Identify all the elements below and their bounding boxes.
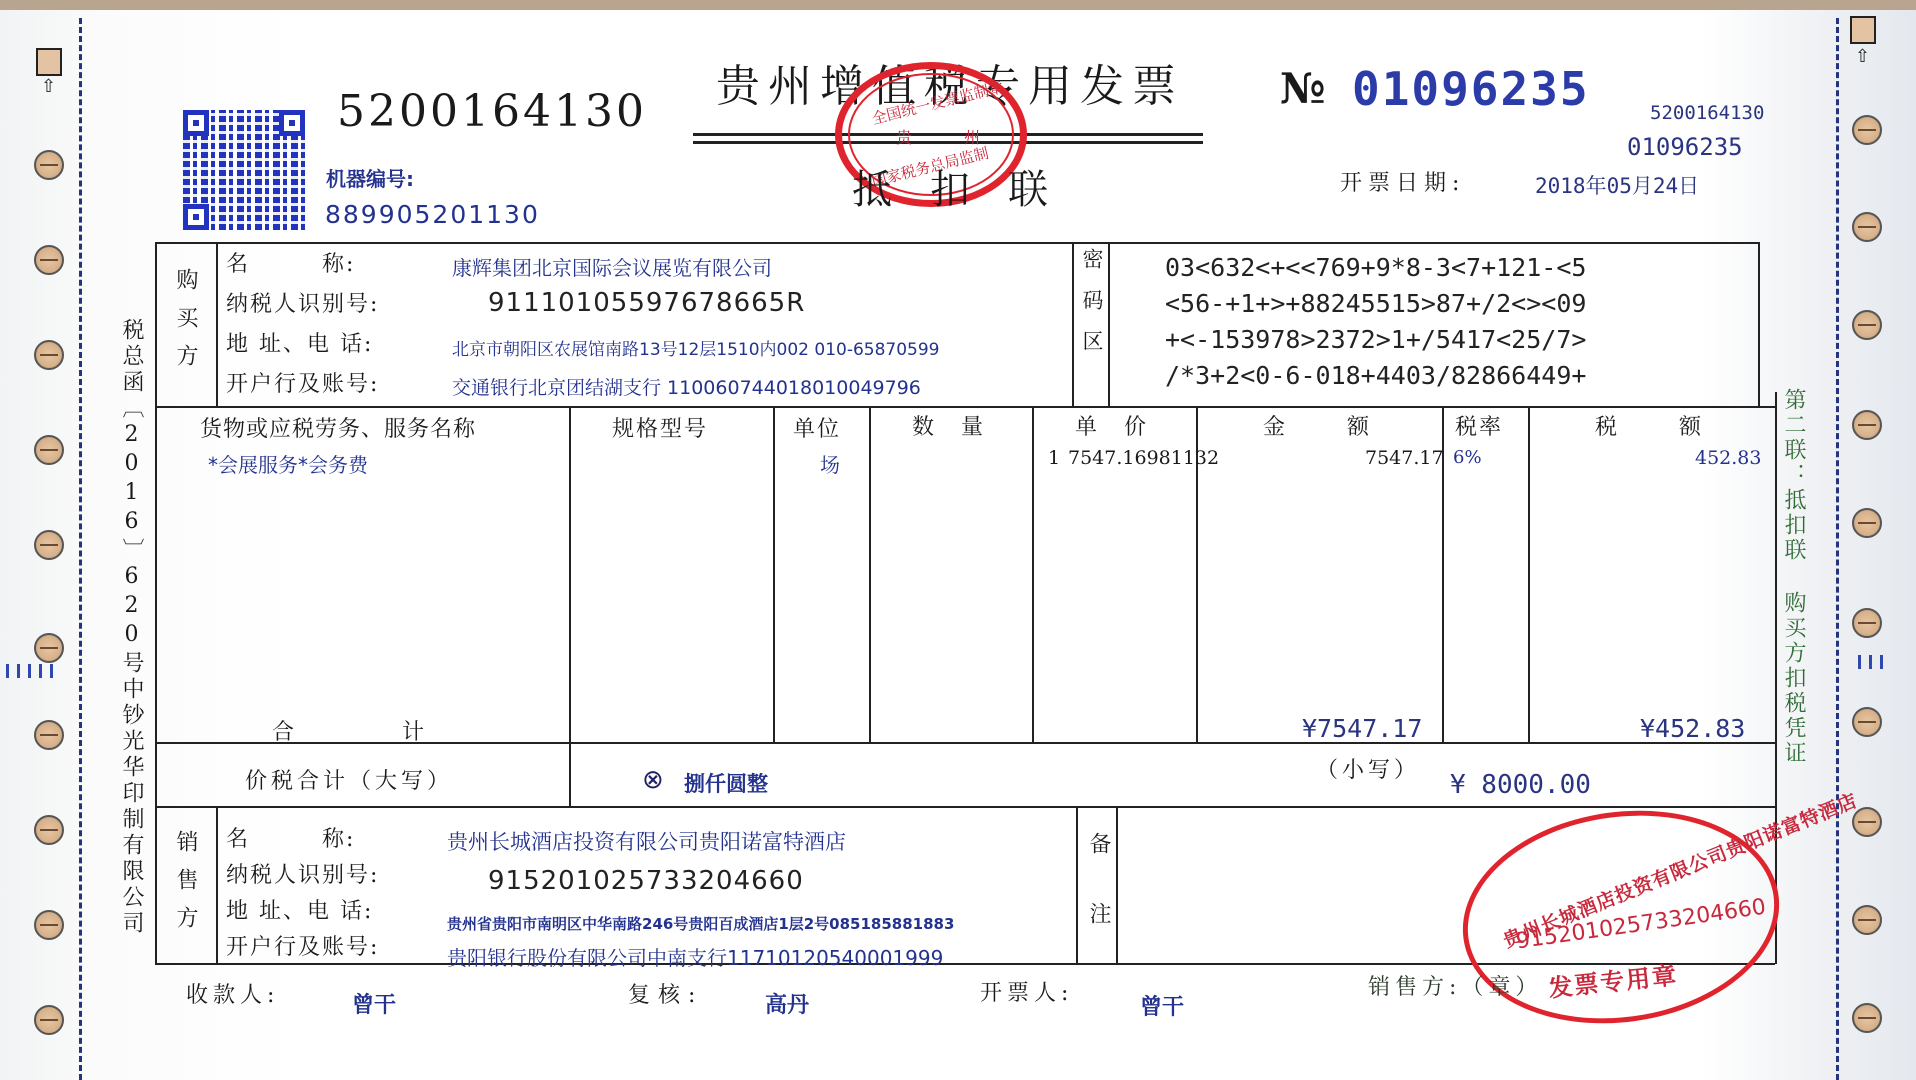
right-tear-line <box>1836 18 1839 1080</box>
col-divider-tax <box>1528 406 1530 742</box>
buyer-section-label: 购买方 <box>170 268 201 382</box>
buyer-name-label: 名 称: <box>226 247 355 278</box>
col-divider-unit <box>773 406 775 742</box>
grand-total-words: 捌仟圆整 <box>684 768 768 798</box>
cipher-label-divider <box>1108 242 1110 407</box>
item-amount: 7547.17 <box>1365 447 1444 469</box>
cipher-section-label: 密码区 <box>1077 248 1107 371</box>
remarks-label-divider <box>1116 806 1118 964</box>
seller-seal-label: 销售方:（章） <box>1368 970 1542 1001</box>
sprocket-hole-icon <box>1852 212 1882 242</box>
cipher-line: +<-153978>2372>1+/5417<25/7> <box>1165 322 1586 358</box>
item-name: *会展服务*会务费 <box>208 449 368 478</box>
invoice-number-small: 01096235 <box>1627 133 1743 161</box>
sprocket-hole-icon <box>1852 608 1882 638</box>
feed-marker-icon <box>1850 16 1876 44</box>
frame-left-border <box>155 242 157 965</box>
remarks-left-divider <box>1076 806 1078 964</box>
buyer-bottom-border <box>155 406 1775 408</box>
seller-tax-id: 915201025733204660 <box>488 866 804 896</box>
copy-label: 抵扣联 <box>852 158 1086 215</box>
col-header-qty: 数 量 <box>912 410 993 441</box>
sprocket-hole-icon <box>34 910 64 940</box>
invoice-code: 5200164130 <box>337 86 647 137</box>
item-tax: 452.83 <box>1695 447 1761 469</box>
buyer-bank-account: 交通银行北京团结湖支行 110060744018010049796 <box>452 373 921 400</box>
circled-x-icon: ⊗ <box>642 765 664 795</box>
machine-no: 889905201130 <box>325 200 540 229</box>
col-header-name: 货物或应税劳务、服务名称 <box>200 412 476 443</box>
buyer-bank-label: 开户行及账号: <box>226 367 379 398</box>
qr-finder <box>183 110 209 136</box>
grand-total-small-label: （小写） <box>1316 753 1420 784</box>
grand-total-label: 价税合计（大写） <box>245 764 453 795</box>
cipher-line: <56-+1+>+88245515>87+/2<><09 <box>1165 286 1586 322</box>
grand-total-bottom-border <box>155 806 1775 808</box>
col-header-rate: 税率 <box>1455 410 1503 441</box>
col-header-unit: 单位 <box>793 412 841 443</box>
invoice-date: 2018年05月24日 <box>1535 170 1699 200</box>
cipher-left-divider <box>1072 242 1074 407</box>
reviewer-name: 高丹 <box>765 988 809 1019</box>
seller-name: 贵州长城酒店投资有限公司贵阳诺富特酒店 <box>447 826 846 856</box>
qr-finder <box>279 110 305 136</box>
feed-arrow-icon: ⇧ <box>41 78 56 96</box>
sprocket-hole-icon <box>1852 707 1882 737</box>
left-tear-line <box>79 18 82 1080</box>
sprocket-hole-icon <box>34 815 64 845</box>
col-divider-spec <box>569 406 571 808</box>
printer-note: 税总函〔2016〕620号中钞光华印制有限公司 <box>116 318 147 937</box>
seller-name-label: 名 称: <box>226 822 355 853</box>
buyer-label-divider <box>216 242 218 407</box>
payee-name: 曾干 <box>352 988 396 1019</box>
qr-code <box>183 110 305 230</box>
totals-label: 合 计 <box>272 715 428 746</box>
date-label: 开票日期: <box>1340 166 1465 197</box>
sprocket-hole-icon <box>34 340 64 370</box>
items-right-border <box>1775 392 1777 808</box>
seller-bank-label: 开户行及账号: <box>226 930 379 961</box>
sprocket-hole-icon <box>1852 1003 1882 1033</box>
col-divider-qty <box>869 406 871 742</box>
invoice-code-small: 5200164130 <box>1650 102 1764 124</box>
item-rate: 6% <box>1453 447 1482 468</box>
alignment-ticks <box>1858 655 1883 669</box>
col-header-amount: 金 额 <box>1263 410 1375 441</box>
frame-right-border <box>1758 242 1760 407</box>
buyer-tax-id-label: 纳税人识别号: <box>226 287 379 318</box>
seller-section-label: 销售方 <box>170 830 201 944</box>
total-amount: ¥7547.17 <box>1302 714 1422 743</box>
buyer-address-label: 地 址、电 话: <box>226 327 373 358</box>
seller-address-label: 地 址、电 话: <box>226 894 373 925</box>
sprocket-hole-icon <box>34 530 64 560</box>
sprocket-hole-icon <box>34 435 64 465</box>
item-unit: 场 <box>820 449 840 478</box>
qr-finder <box>183 204 209 230</box>
col-header-spec: 规格型号 <box>612 412 708 443</box>
cipher-line: 03<632<+<<769+9*8-3<7+121-<5 <box>1165 250 1586 286</box>
sprocket-hole-icon <box>34 150 64 180</box>
seller-label-divider <box>216 806 218 964</box>
total-tax: ¥452.83 <box>1640 714 1745 743</box>
buyer-name: 康辉集团北京国际会议展览有限公司 <box>452 252 772 281</box>
sprocket-hole-icon <box>34 633 64 663</box>
col-header-price: 单 价 <box>1075 410 1156 441</box>
seller-tax-id-label: 纳税人识别号: <box>226 858 379 889</box>
sprocket-hole-icon <box>34 245 64 275</box>
sprocket-hole-icon <box>34 1005 64 1035</box>
feed-arrow-icon: ⇧ <box>1855 48 1870 66</box>
sprocket-hole-icon <box>1852 310 1882 340</box>
cipher-text: 03<632<+<<769+9*8-3<7+121-<5 <56-+1+>+88… <box>1165 250 1586 394</box>
sprocket-hole-icon <box>1852 410 1882 440</box>
machine-no-label: 机器编号: <box>326 163 414 192</box>
invoice-number: 01096235 <box>1352 62 1590 116</box>
buyer-address-phone: 北京市朝阳区农展馆南路13号12层1510内002 010-65870599 <box>452 335 940 360</box>
payee-label: 收款人: <box>186 978 279 1009</box>
issuer-label: 开票人: <box>980 976 1073 1007</box>
number-prefix: № <box>1280 64 1326 113</box>
sprocket-hole-icon <box>34 720 64 750</box>
invoice-paper: ⇧ ⇧ 税总函〔2016〕620号中钞光华印制有限公司 第二联：抵扣联 购买方扣… <box>0 0 1916 1080</box>
cipher-line: /*3+2<0-6-018+4403/82866449+ <box>1165 358 1586 394</box>
seller-address-phone: 贵州省贵阳市南明区中华南路246号贵阳百成酒店1层2号085185881883 <box>447 913 954 934</box>
remarks-label: 备注 <box>1083 832 1114 972</box>
seller-bank-account: 贵阳银行股份有限公司中南支行11710120540001999 <box>447 942 943 971</box>
paper-top-edge <box>0 0 1916 10</box>
col-divider-price <box>1032 406 1034 742</box>
feed-marker-icon <box>36 48 62 76</box>
sprocket-hole-icon <box>1852 115 1882 145</box>
copy-purpose-note: 第二联：抵扣联 购买方扣税凭证 <box>1778 388 1809 766</box>
sprocket-hole-icon <box>1852 508 1882 538</box>
item-price: 7547.16981132 <box>1068 447 1219 469</box>
alignment-ticks <box>6 664 53 678</box>
sprocket-hole-icon <box>1852 905 1882 935</box>
grand-total-figure: ¥ 8000.00 <box>1450 770 1591 800</box>
item-qty: 1 <box>1048 447 1060 469</box>
reviewer-label: 复核: <box>628 978 703 1009</box>
frame-top-border <box>155 242 1760 244</box>
col-header-tax: 税 额 <box>1595 410 1707 441</box>
buyer-tax-id: 91110105597678665R <box>488 288 805 318</box>
issuer-name: 曾干 <box>1140 990 1184 1021</box>
